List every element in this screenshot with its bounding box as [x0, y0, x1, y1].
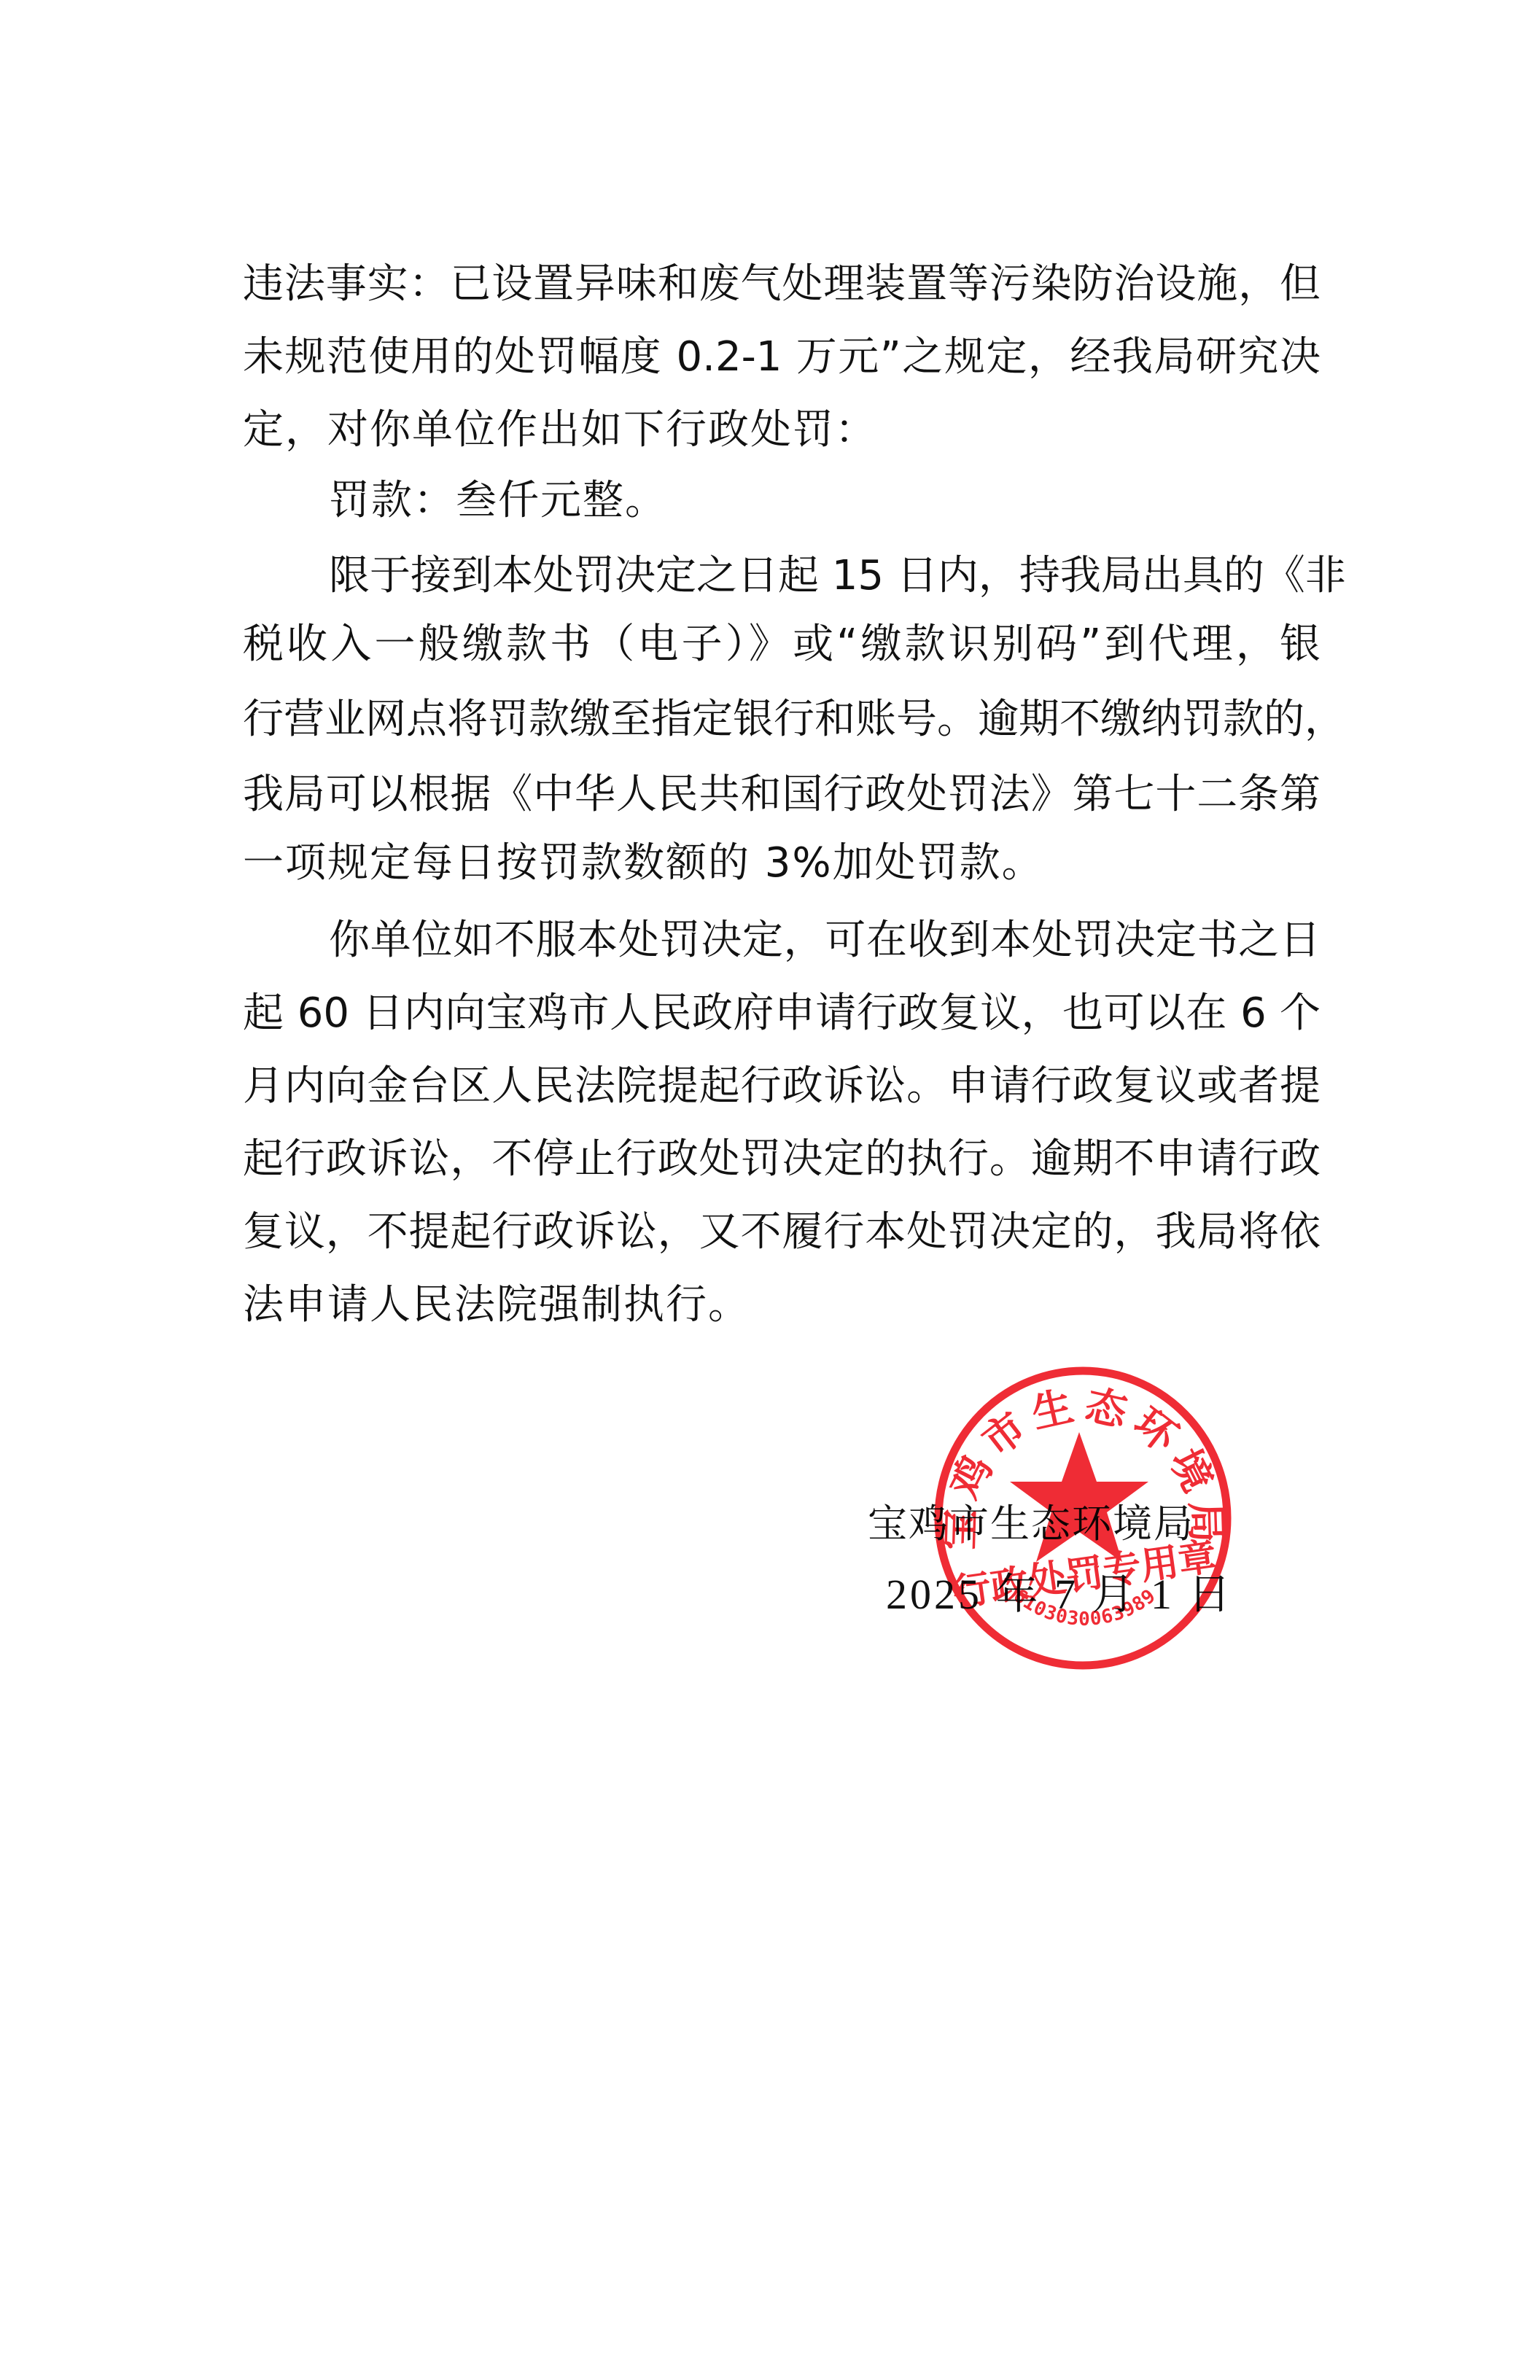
paragraph-line: 复议，不提起行政诉讼，又不履行本处罚决定的，我局将依: [243, 1196, 1321, 1269]
official-seal-icon: 宝鸡市生态环境局 行政处罚专用章 6103030063989: [930, 1365, 1236, 1671]
paragraph-line: 定，对你单位作出如下行政处罚：: [243, 394, 1321, 467]
seal-center-text: 行政处罚专用章: [950, 1535, 1219, 1615]
penalty-amount-line: 罚款：叁仟元整。: [329, 464, 1321, 537]
paragraph-line: 未规范使用的处罚幅度 0.2-1 万元”之规定，经我局研究决: [243, 321, 1321, 394]
star-icon: [1010, 1432, 1148, 1562]
paragraph-line: 税收入一般缴款书（电子）》或“缴款识别码”到代理，银: [243, 608, 1321, 681]
paragraph-line: 起 60 日内向宝鸡市人民政府申请行政复议，也可以在 6 个: [243, 977, 1321, 1050]
paragraph-line: 我局可以根据《中华人民共和国行政处罚法》第七十二条第: [243, 758, 1321, 831]
paragraph-line: 月内向金台区人民法院提起行政诉讼。申请行政复议或者提: [243, 1050, 1321, 1123]
paragraph-line: 法申请人民法院强制执行。: [243, 1269, 1321, 1342]
paragraph-line: 行营业网点将罚款缴至指定银行和账号。逾期不缴纳罚款的，: [243, 683, 1321, 756]
document-page: 违法事实：已设置异味和废气处理装置等污染防治设施，但 未规范使用的处罚幅度 0.…: [0, 0, 1540, 2380]
paragraph-line: 限于接到本处罚决定之日起 15 日内，持我局出具的《非: [329, 540, 1321, 612]
paragraph-line: 起行政诉讼，不停止行政处罚决定的执行。逾期不申请行政: [243, 1123, 1321, 1196]
paragraph-line: 一项规定每日按罚款数额的 3%加处罚款。: [243, 827, 1321, 900]
paragraph-line: 违法事实：已设置异味和废气处理装置等污染防治设施，但: [243, 248, 1321, 321]
paragraph-line: 你单位如不服本处罚决定，可在收到本处罚决定书之日: [329, 904, 1321, 977]
